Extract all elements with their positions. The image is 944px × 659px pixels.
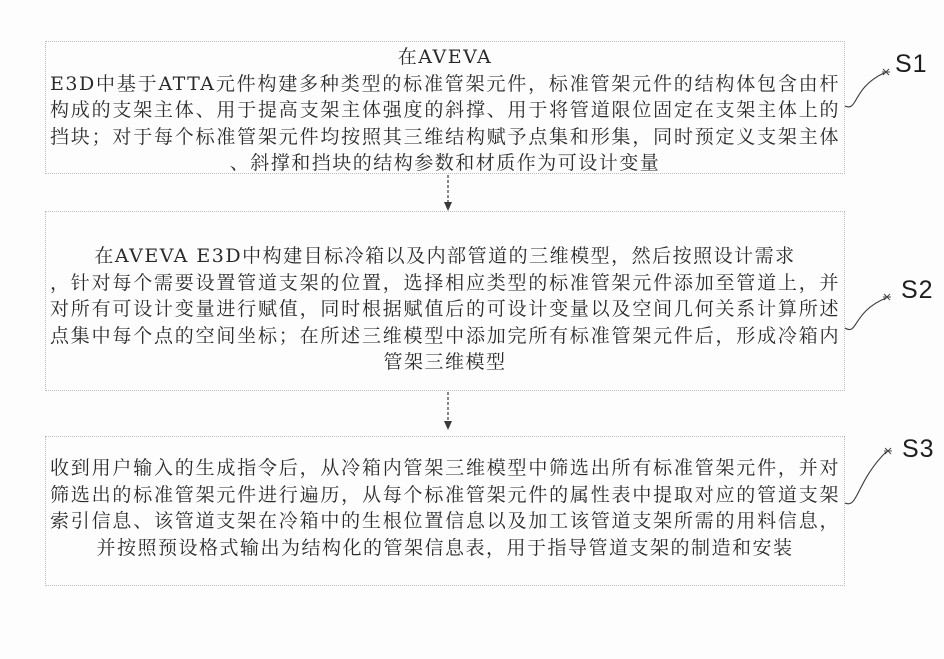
leader-end-mark-s2 xyxy=(883,294,891,300)
step-label-s1: S1 xyxy=(895,50,928,79)
s3-text-line-2: 筛选出的标准管架元件进行遍历，从每个标准管架元件的属性表中提取对应的管道支架 xyxy=(50,482,840,509)
s1-text-line-4: 挡块；对于每个标准管架元件均按照其三维结构赋予点集和形集，同时预定义支架主体 xyxy=(50,124,840,151)
flow-arrow-down-1 xyxy=(444,175,452,211)
step-box-s2-text: 在AVEVA E3D中构建目标冷箱以及内部管道的三维模型，然后按照设计需求 ，针… xyxy=(46,212,844,376)
step-label-s2: S2 xyxy=(901,276,934,305)
step-box-s3-text: 收到用户输入的生成指令后，从冷箱内管架三维模型中筛选出所有标准管架元件，并对 筛… xyxy=(46,437,844,561)
s1-text-line-2: E3D中基于ATTA元件构建多种类型的标准管架元件，标准管架元件的结构体包含由杆… xyxy=(50,71,840,98)
leader-end-mark-s3 xyxy=(884,448,892,454)
s2-text-line-3: 对所有可设计变量进行赋值，同时根据赋值后的可设计变量以及空间几何关系计算所述 xyxy=(50,296,840,323)
s1-text-line-5: 、斜撑和挡块的结构参数和材质作为可设计变量 xyxy=(50,150,840,177)
flow-arrow-down-2 xyxy=(444,392,452,430)
s3-text-line-4: 并按照预设格式输出为结构化的管架信息表，用于指导管道支架的制造和安装 xyxy=(50,535,840,562)
s2-text-line-4: 点集中每个点的空间坐标；在所述三维模型中添加完所有标准管架元件后，形成冷箱内 xyxy=(50,323,840,350)
s1-text-line-3: 构成的支架主体、用于提高支架主体强度的斜撑、用于将管道限位固定在支架主体上的 xyxy=(50,97,840,124)
leader-line-s3 xyxy=(845,448,892,504)
step-box-s3: 收到用户输入的生成指令后，从冷箱内管架三维模型中筛选出所有标准管架元件，并对 筛… xyxy=(45,436,845,586)
leader-line-s1 xyxy=(845,69,890,107)
s3-text-line-1: 收到用户输入的生成指令后，从冷箱内管架三维模型中筛选出所有标准管架元件，并对 xyxy=(50,455,840,482)
s3-text-line-3: 索引信息、该管道支架在冷箱中的生根位置信息以及加工该管道支架所需的用料信息， xyxy=(50,508,840,535)
step-label-s3: S3 xyxy=(902,435,935,464)
s2-text-line-2: ，针对每个需要设置管道支架的位置，选择相应类型的标准管架元件添加至管道上，并 xyxy=(50,270,840,297)
step-box-s1-text: 在AVEVA E3D中基于ATTA元件构建多种类型的标准管架元件，标准管架元件的… xyxy=(46,42,844,177)
s2-text-line-5: 管架三维模型 xyxy=(50,349,840,376)
step-box-s1: 在AVEVA E3D中基于ATTA元件构建多种类型的标准管架元件，标准管架元件的… xyxy=(45,41,845,174)
s1-text-line-1: 在AVEVA xyxy=(50,44,840,71)
s2-text-line-1: 在AVEVA E3D中构建目标冷箱以及内部管道的三维模型，然后按照设计需求 xyxy=(50,243,840,270)
leader-end-mark-s1 xyxy=(882,69,890,75)
patent-flowchart-figure: 在AVEVA E3D中基于ATTA元件构建多种类型的标准管架元件，标准管架元件的… xyxy=(0,0,944,659)
leader-line-s2 xyxy=(845,294,891,330)
step-box-s2: 在AVEVA E3D中构建目标冷箱以及内部管道的三维模型，然后按照设计需求 ，针… xyxy=(45,211,845,391)
